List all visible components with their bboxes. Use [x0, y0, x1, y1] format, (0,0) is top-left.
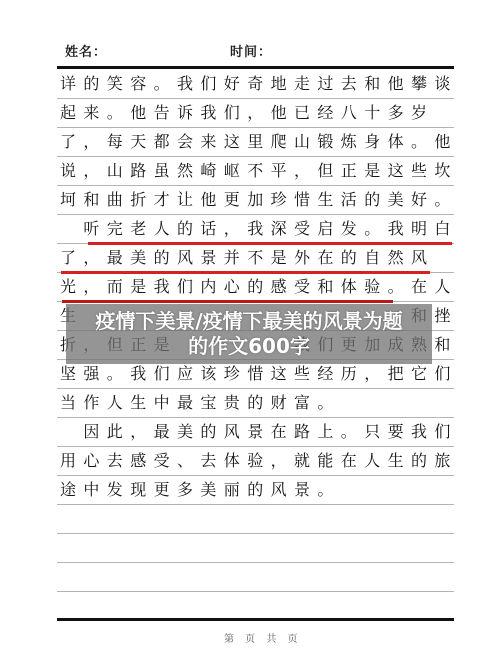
red-underline [61, 271, 430, 274]
essay-line-text: 坚强。我们应该珍惜这些经历，把它们 [60, 360, 458, 388]
essay-line: 坷和曲折才让他更加珍惜生活的美好。 [57, 186, 454, 215]
essay-line: 了，最美的风景并不是外在的自然风 [57, 244, 454, 273]
essay-line-text: 因此，最美的风景在路上。只要我们 [60, 418, 458, 446]
essay-line-text: 详的笑容。我们好奇地走过去和他攀谈 [60, 70, 458, 98]
essay-line: 坚强。我们应该珍惜这些经历，把它们 [57, 360, 454, 389]
article-title: 疫情下美景/疫情下最美的风景为题的作文600字 [90, 309, 408, 359]
page-number-footer: 第 页 共 页 [224, 633, 302, 647]
title-caption-banner: 疫情下美景/疫情下最美的风景为题的作文600字 [66, 304, 432, 364]
essay-line: 起来。他告诉我们，他已经八十多岁 [57, 99, 454, 128]
essay-paper: 姓名： 时间： 详的笑容。我们好奇地走过去和他攀谈 起来。他告诉我们，他已经八十… [0, 0, 500, 668]
essay-line: 详的笑容。我们好奇地走过去和他攀谈 [57, 70, 454, 99]
essay-line: 因此，最美的风景在路上。只要我们 [57, 418, 454, 447]
name-label: 姓名： [65, 44, 107, 62]
essay-line: 光，而是我们内心的感受和体验。在人 [57, 273, 454, 302]
essay-line-text: 说，山路虽然崎岖不平，但正是这些坎 [60, 157, 458, 185]
time-label: 时间： [230, 44, 272, 62]
essay-line: 用心去感受、去体验，就能在人生的旅 [57, 447, 454, 476]
essay-line: 当作人生中最宝贵的财富。 [57, 389, 454, 418]
essay-line-empty [57, 534, 454, 563]
essay-line: 了，每天都会来这里爬山锻炼身体。他 [57, 128, 454, 157]
red-underline [88, 242, 452, 245]
essay-line: 听完老人的话，我深受启发。我明白 [57, 215, 454, 244]
essay-line-empty [57, 563, 454, 592]
essay-line-empty [57, 505, 454, 534]
essay-line-text: 了，最美的风景并不是外在的自然风 [60, 244, 434, 272]
essay-line: 途中发现更多美丽的风景。 [57, 476, 454, 505]
essay-line-text: 了，每天都会来这里爬山锻炼身体。他 [60, 128, 458, 156]
top-border-rule [57, 66, 454, 69]
essay-line: 说，山路虽然崎岖不平，但正是这些坎 [57, 157, 454, 186]
essay-line-empty [57, 592, 454, 621]
essay-line-text: 坷和曲折才让他更加珍惜生活的美好。 [60, 186, 458, 214]
essay-line-text: 听完老人的话，我深受启发。我明白 [60, 215, 458, 243]
red-underline [62, 300, 393, 303]
essay-line-text: 途中发现更多美丽的风景。 [60, 476, 341, 504]
essay-line-text: 光，而是我们内心的感受和体验。在人 [60, 273, 458, 301]
essay-line-text: 起来。他告诉我们，他已经八十多岁 [60, 99, 434, 127]
essay-line-text: 用心去感受、去体验，就能在人生的旅 [60, 447, 458, 475]
essay-line-text: 当作人生中最宝贵的财富。 [60, 389, 341, 417]
